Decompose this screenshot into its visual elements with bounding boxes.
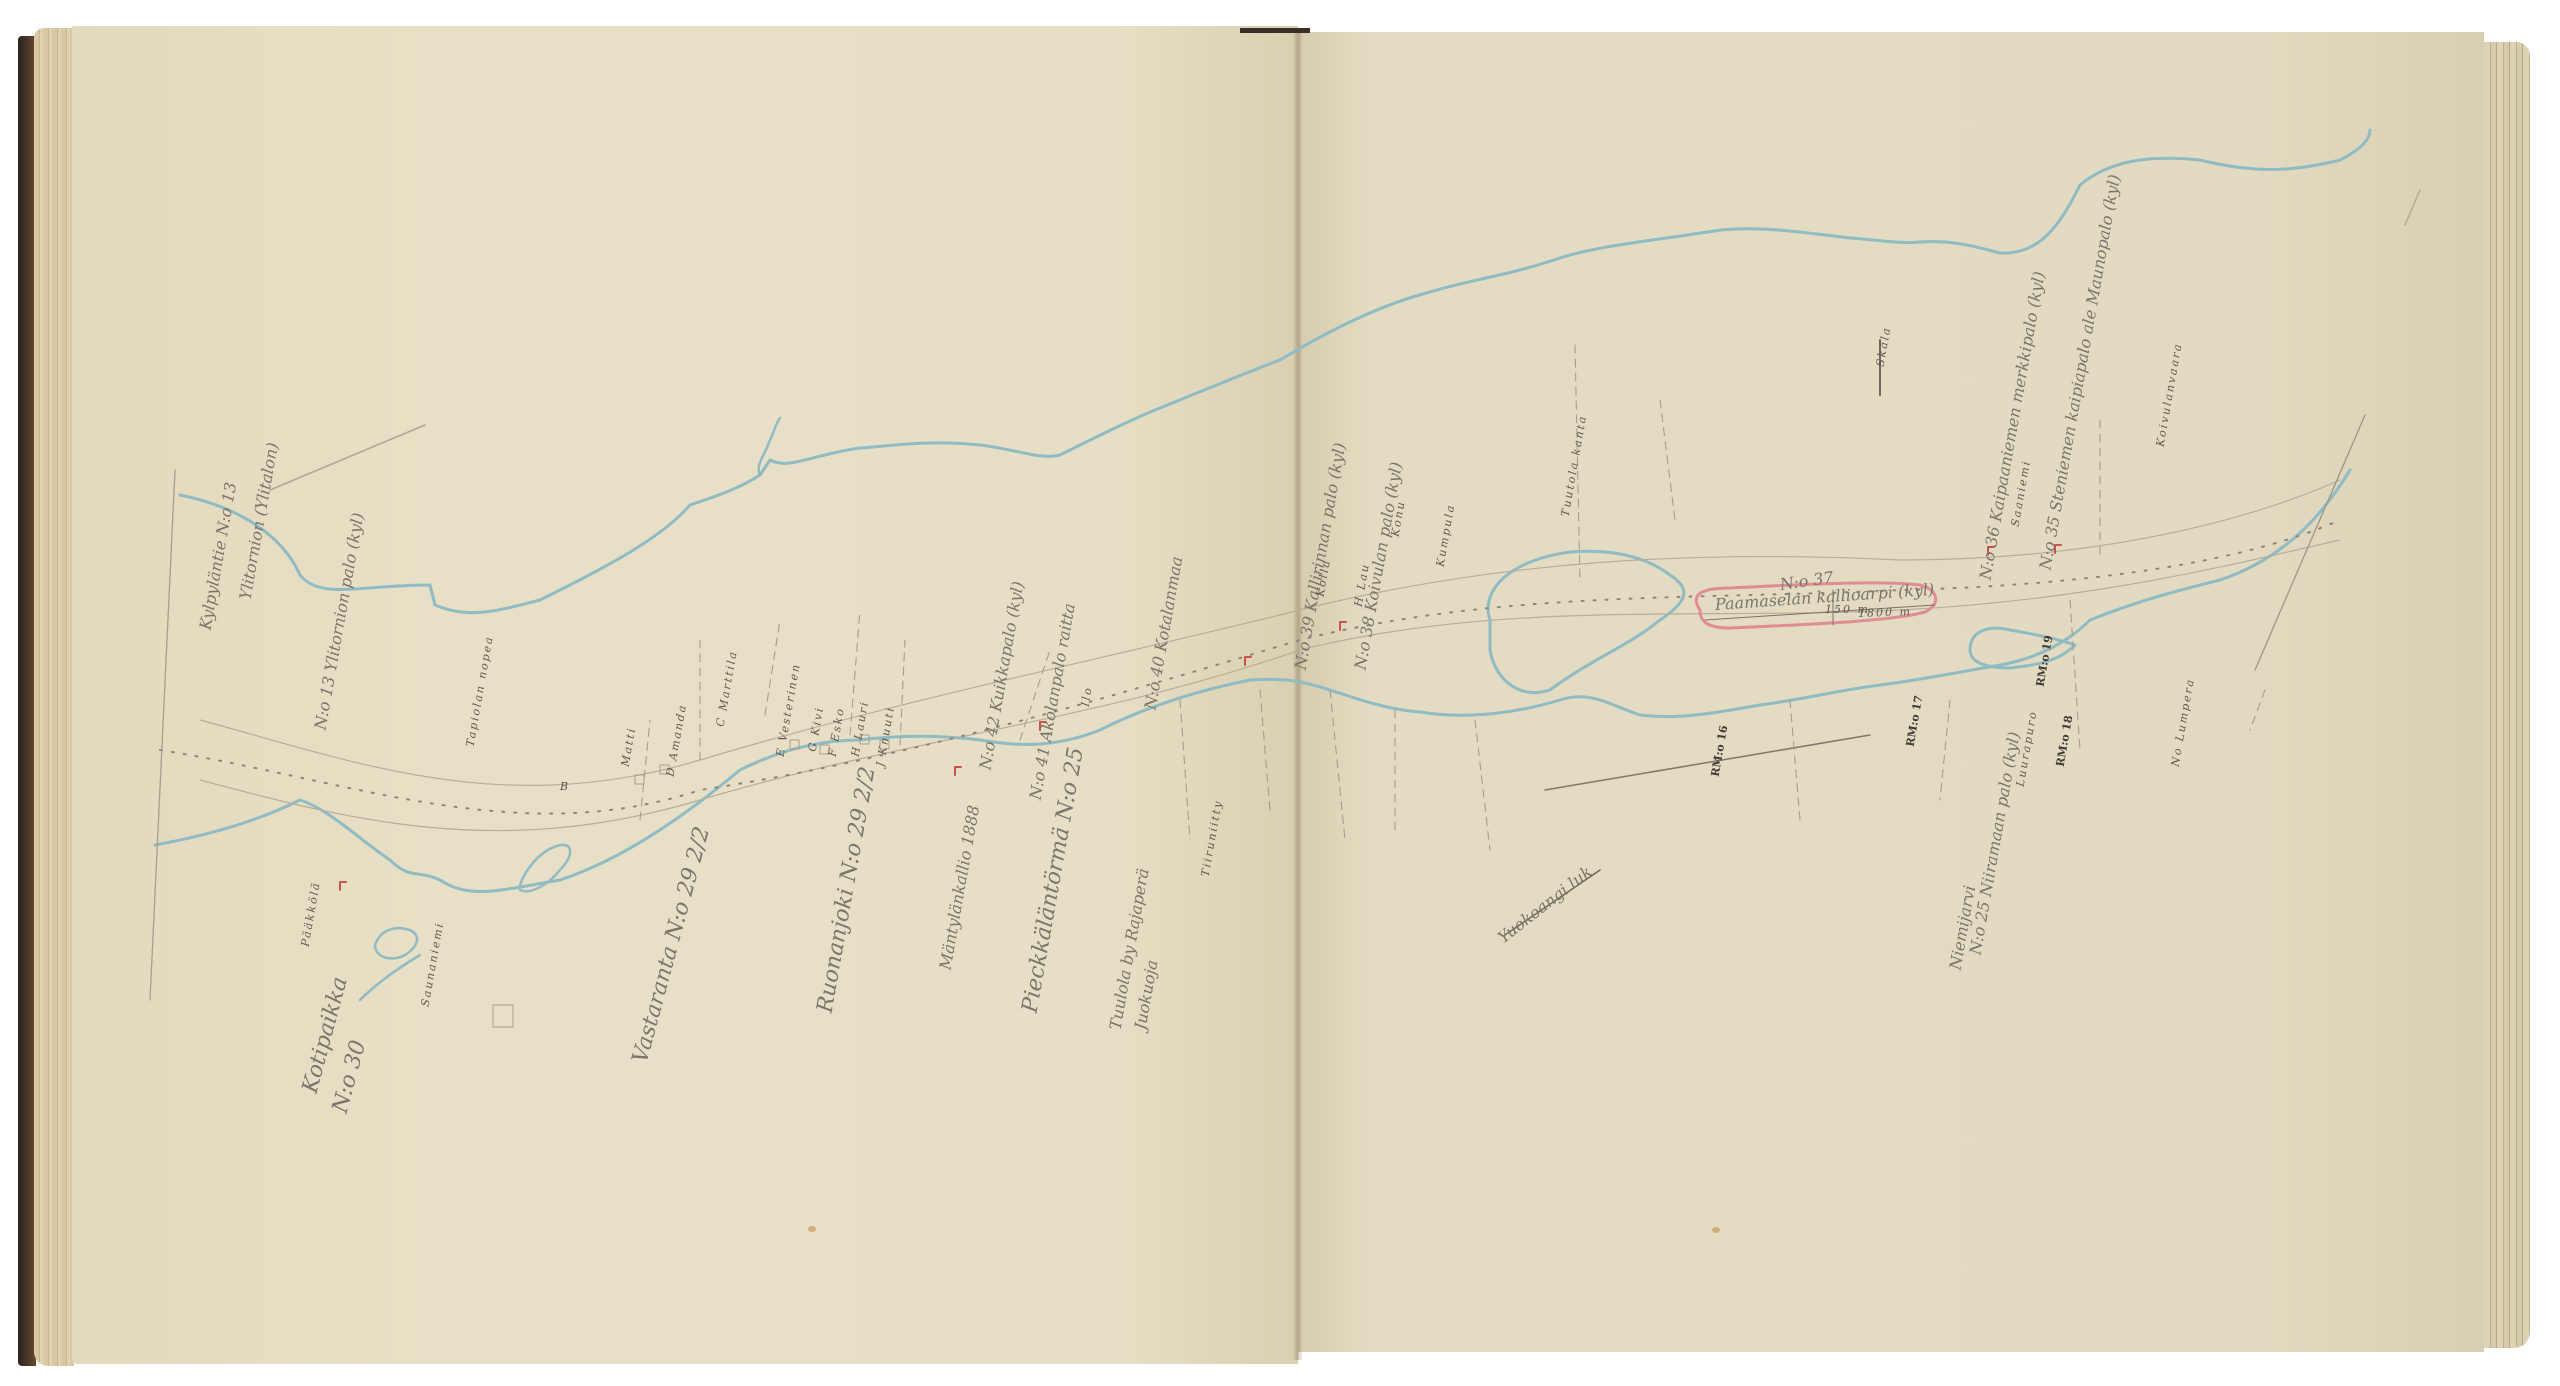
channel-line-2 xyxy=(200,540,2340,831)
red-marker xyxy=(955,767,961,775)
boundary-line xyxy=(1180,700,1190,840)
boundary-line xyxy=(1660,400,1675,520)
survey-line-right xyxy=(2255,415,2365,670)
island-large xyxy=(1488,551,1684,692)
boundary-line xyxy=(1260,690,1270,810)
boundary-line xyxy=(1940,700,1950,800)
atlas-spread: Kylpyläntie N:o 13Ylitornion (Ylitalon)N… xyxy=(0,0,2560,1386)
boundary-line xyxy=(1475,720,1490,850)
map-label-r11: 1800 m xyxy=(1858,605,1912,620)
river-map xyxy=(0,0,2560,1386)
island-confluence xyxy=(375,928,417,958)
building-marker xyxy=(493,1005,513,1027)
pencil-stroke-right xyxy=(2405,190,2420,225)
pencil-stroke xyxy=(270,425,425,490)
boundary-line xyxy=(1790,700,1800,820)
red-marker xyxy=(1245,657,1251,665)
boundary-line xyxy=(1330,690,1345,840)
boundary-line xyxy=(765,620,780,715)
pencil-rule-right xyxy=(1545,735,1870,790)
boundary-line xyxy=(2250,690,2265,730)
building-marker xyxy=(635,775,644,784)
island-right xyxy=(1970,628,2075,668)
tributary-stream xyxy=(360,955,420,1000)
red-marker xyxy=(340,882,346,890)
map-label-l13: B xyxy=(560,780,570,793)
survey-line-left xyxy=(150,470,175,1000)
river-bank-south xyxy=(155,620,2090,892)
creek xyxy=(759,418,780,475)
boundary-line xyxy=(900,640,905,745)
paper-stain xyxy=(1712,1227,1720,1233)
paper-stain xyxy=(808,1226,816,1232)
